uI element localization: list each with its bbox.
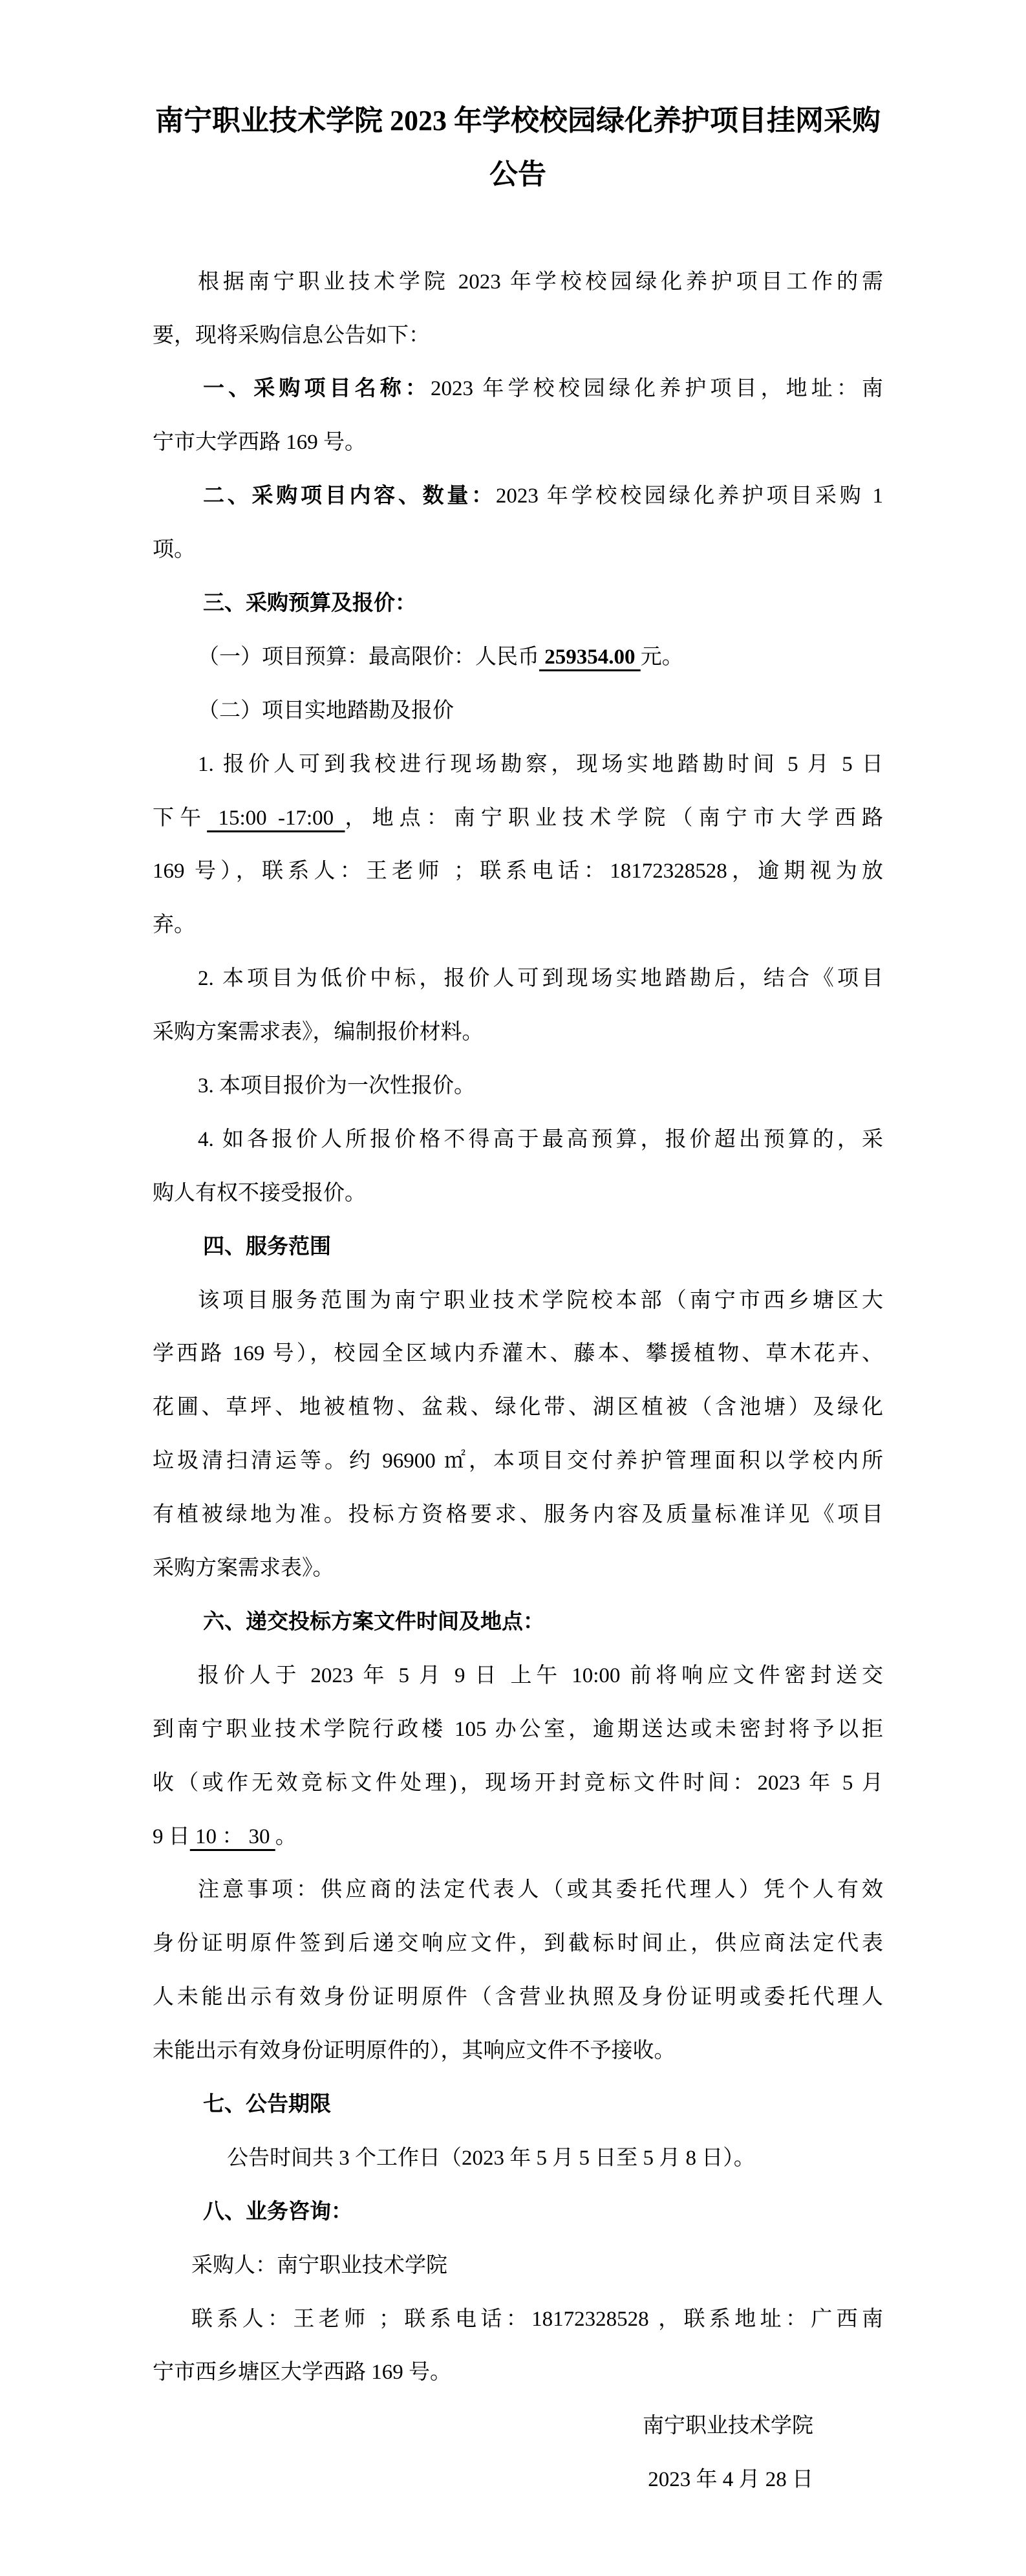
doc-line: 要，现将采购信息公告如下： bbox=[153, 309, 883, 363]
text-segment: 收（或作无效竞标文件处理)，现场开封竞标文件时间：2023 年 5 月 bbox=[153, 1771, 883, 1795]
doc-line: 购人有权不接受报价。 bbox=[153, 1167, 883, 1220]
doc-line: 一、采购项目名称：2023 年学校校园绿化养护项目，地址：南 bbox=[153, 362, 883, 416]
doc-line: 2023 年 4 月 28 日 bbox=[153, 2453, 883, 2507]
doc-line: 该项目服务范围为南宁职业技术学院校本部（南宁市西乡塘区大 bbox=[153, 1274, 883, 1328]
doc-line: 学西路 169 号），校园全区域内乔灌木、藤本、攀援植物、草木花卉、 bbox=[153, 1327, 883, 1381]
doc-line: 三、采购预算及报价： bbox=[153, 577, 883, 631]
text-segment: 169 号），联系人：王老师 ；联系电话：18172328528，逾期视为放 bbox=[153, 860, 883, 883]
doc-title-line-2: 公告 bbox=[153, 148, 883, 202]
text-segment: 宁市西乡塘区大学西路 169 号。 bbox=[153, 2361, 451, 2384]
doc-line: 身份证明原件签到后递交响应文件，到截标时间止，供应商法定代表 bbox=[153, 1917, 883, 1971]
text-segment: 2023 年 4 月 28 日 bbox=[648, 2468, 813, 2491]
doc-line: 有植被绿地为准。投标方资格要求、服务内容及质量标准详见《项目 bbox=[153, 1488, 883, 1542]
doc-line: 宁市西乡塘区大学西路 169 号。 bbox=[153, 2346, 883, 2399]
doc-line: 花圃、草坪、地被植物、盆栽、绿化带、湖区植被（含池塘）及绿化 bbox=[153, 1381, 883, 1434]
doc-line: 八、业务咨询： bbox=[153, 2185, 883, 2239]
text-segment: 采购方案需求表》，编制报价材料。 bbox=[153, 1021, 484, 1044]
text-segment: 要，现将采购信息公告如下： bbox=[153, 324, 430, 347]
text-segment: （一）项目预算：最高限价：人民币 bbox=[198, 645, 539, 669]
text-segment: 有植被绿地为准。投标方资格要求、服务内容及质量标准详见《项目 bbox=[153, 1503, 883, 1526]
doc-line: 联系人：王老师 ；联系电话：18172328528 ，联系地址：广西南 bbox=[153, 2293, 883, 2346]
doc-line: 公告时间共 3 个工作日（2023 年 5 月 5 日至 5 月 8 日）。 bbox=[153, 2132, 883, 2185]
text-segment: 采购方案需求表》。 bbox=[153, 1557, 334, 1580]
doc-line: 下午 15:00 -17:00 ，地点：南宁职业技术学院（南宁市大学西路 bbox=[153, 792, 883, 845]
text-segment: 花圃、草坪、地被植物、盆栽、绿化带、湖区植被（含池塘）及绿化 bbox=[153, 1396, 883, 1419]
text-segment: 该项目服务范围为南宁职业技术学院校本部（南宁市西乡塘区大 bbox=[198, 1289, 883, 1312]
text-segment: 下午 bbox=[153, 806, 207, 830]
doc-line: 未能出示有效身份证明原件的），其响应文件不予接收。 bbox=[153, 2024, 883, 2078]
underlined-text: 259354.00 bbox=[539, 645, 641, 669]
text-segment: 三、采购预算及报价： bbox=[203, 592, 416, 615]
text-segment: 2. 本项目为低价中标，报价人可到现场实地踏勘后，结合《项目 bbox=[198, 967, 883, 990]
text-segment: 联系人：王老师 ；联系电话：18172328528 ，联系地址：广西南 bbox=[191, 2308, 883, 2331]
text-segment: 9 日 bbox=[153, 1825, 190, 1848]
underlined-text: 15:00 -17:00 bbox=[207, 806, 345, 830]
text-segment: 采购人：南宁职业技术学院 bbox=[191, 2254, 447, 2277]
doc-line: 注意事项：供应商的法定代表人（或其委托代理人）凭个人有效 bbox=[153, 1863, 883, 1917]
page: 南宁职业技术学院 2023 年学校校园绿化养护项目挂网采购 公告 根据南宁职业技… bbox=[0, 0, 1026, 2576]
text-segment: 六、递交投标方案文件时间及地点： bbox=[203, 1610, 544, 1634]
doc-line: 收（或作无效竞标文件处理)，现场开封竞标文件时间：2023 年 5 月 bbox=[153, 1757, 883, 1810]
text-segment: 注意事项：供应商的法定代表人（或其委托代理人）凭个人有效 bbox=[198, 1878, 883, 1901]
text-segment: 购人有权不接受报价。 bbox=[153, 1182, 366, 1205]
text-segment: （二）项目实地踏勘及报价 bbox=[198, 699, 454, 722]
doc-line: 弃。 bbox=[153, 898, 883, 952]
doc-line: 3. 本项目报价为一次性报价。 bbox=[153, 1059, 883, 1113]
text-segment: 八、业务咨询： bbox=[203, 2200, 352, 2224]
doc-lines-container: 根据南宁职业技术学院 2023 年学校校园绿化养护项目工作的需要，现将采购信息公… bbox=[153, 255, 883, 2507]
doc-line: 采购方案需求表》，编制报价材料。 bbox=[153, 1006, 883, 1059]
text-segment: 3. 本项目报价为一次性报价。 bbox=[198, 1074, 475, 1098]
text-segment: 学西路 169 号），校园全区域内乔灌木、藤本、攀援植物、草木花卉、 bbox=[153, 1342, 883, 1365]
text-segment: 根据南宁职业技术学院 2023 年学校校园绿化养护项目工作的需 bbox=[198, 270, 883, 294]
doc-line: 七、公告期限 bbox=[153, 2078, 883, 2132]
text-segment: 垃圾清扫清运等。约 96900 ㎡，本项目交付养护管理面积以学校内所 bbox=[153, 1449, 883, 1473]
text-segment: 到南宁职业技术学院行政楼 105 办公室，逾期送达或未密封将予以拒 bbox=[153, 1718, 883, 1741]
doc-line: 垃圾清扫清运等。约 96900 ㎡，本项目交付养护管理面积以学校内所 bbox=[153, 1434, 883, 1488]
text-segment: 宁市大学西路 169 号。 bbox=[153, 431, 366, 454]
blank-line bbox=[153, 202, 883, 255]
doc-line: 根据南宁职业技术学院 2023 年学校校园绿化养护项目工作的需 bbox=[153, 255, 883, 309]
doc-line: （二）项目实地踏勘及报价 bbox=[153, 684, 883, 738]
document-body: 南宁职业技术学院 2023 年学校校园绿化养护项目挂网采购 公告 根据南宁职业技… bbox=[0, 0, 1026, 2507]
doc-line: 采购方案需求表》。 bbox=[153, 1542, 883, 1596]
doc-line: 南宁职业技术学院 bbox=[153, 2399, 883, 2453]
doc-line: 六、递交投标方案文件时间及地点： bbox=[153, 1596, 883, 1649]
doc-line: 9 日 10 ： 30 。 bbox=[153, 1810, 883, 1864]
doc-title-line-1: 南宁职业技术学院 2023 年学校校园绿化养护项目挂网采购 bbox=[153, 94, 883, 148]
text-segment: 公告时间共 3 个工作日（2023 年 5 月 5 日至 5 月 8 日）。 bbox=[227, 2147, 755, 2170]
doc-line: 到南宁职业技术学院行政楼 105 办公室，逾期送达或未密封将予以拒 bbox=[153, 1703, 883, 1757]
doc-line: 采购人：南宁职业技术学院 bbox=[153, 2239, 883, 2293]
text-segment: 2023 年学校校园绿化养护项目采购 1 bbox=[496, 484, 883, 508]
text-segment: 1. 报价人可到我校进行现场勘察，现场实地踏勘时间 5 月 5 日 bbox=[198, 753, 883, 776]
text-segment: 元。 bbox=[641, 645, 683, 669]
text-segment: 4. 如各报价人所报价格不得高于最高预算，报价超出预算的，采 bbox=[198, 1128, 883, 1151]
text-segment: 未能出示有效身份证明原件的），其响应文件不予接收。 bbox=[153, 2039, 676, 2062]
text-segment: 七、公告期限 bbox=[203, 2093, 331, 2116]
text-segment: 2023 年学校校园绿化养护项目，地址：南 bbox=[431, 377, 883, 400]
text-segment: 。 bbox=[275, 1825, 297, 1848]
doc-line: （一）项目预算：最高限价：人民币 259354.00 元。 bbox=[153, 631, 883, 684]
doc-line: 宁市大学西路 169 号。 bbox=[153, 416, 883, 470]
text-segment: 二、采购项目内容、数量： bbox=[203, 484, 496, 508]
doc-line: 四、服务范围 bbox=[153, 1220, 883, 1274]
doc-line: 4. 如各报价人所报价格不得高于最高预算，报价超出预算的，采 bbox=[153, 1113, 883, 1167]
text-segment: 身份证明原件签到后递交响应文件，到截标时间止，供应商法定代表 bbox=[153, 1932, 883, 1955]
doc-line: 1. 报价人可到我校进行现场勘察，现场实地踏勘时间 5 月 5 日 bbox=[153, 738, 883, 792]
doc-line: 169 号），联系人：王老师 ；联系电话：18172328528，逾期视为放 bbox=[153, 845, 883, 898]
doc-line: 二、采购项目内容、数量：2023 年学校校园绿化养护项目采购 1 bbox=[153, 470, 883, 523]
text-segment: 项。 bbox=[153, 538, 195, 561]
text-segment: ，地点：南宁职业技术学院（南宁市大学西路 bbox=[345, 806, 884, 830]
doc-line: 报价人于 2023 年 5 月 9 日 上午 10:00 前将响应文件密封送交 bbox=[153, 1649, 883, 1703]
underlined-text: 10 ： 30 bbox=[190, 1825, 275, 1848]
text-segment: 人未能出示有效身份证明原件（含营业执照及身份证明或委托代理人 bbox=[153, 1986, 883, 2009]
doc-line: 2. 本项目为低价中标，报价人可到现场实地踏勘后，结合《项目 bbox=[153, 952, 883, 1006]
doc-line: 人未能出示有效身份证明原件（含营业执照及身份证明或委托代理人 bbox=[153, 1971, 883, 2024]
doc-line: 项。 bbox=[153, 523, 883, 577]
text-segment: 弃。 bbox=[153, 913, 195, 936]
text-segment: 报价人于 2023 年 5 月 9 日 上午 10:00 前将响应文件密封送交 bbox=[198, 1664, 883, 1687]
text-segment: 南宁职业技术学院 bbox=[643, 2414, 813, 2438]
text-segment: 一、采购项目名称： bbox=[203, 377, 431, 400]
text-segment: 四、服务范围 bbox=[203, 1235, 331, 1259]
